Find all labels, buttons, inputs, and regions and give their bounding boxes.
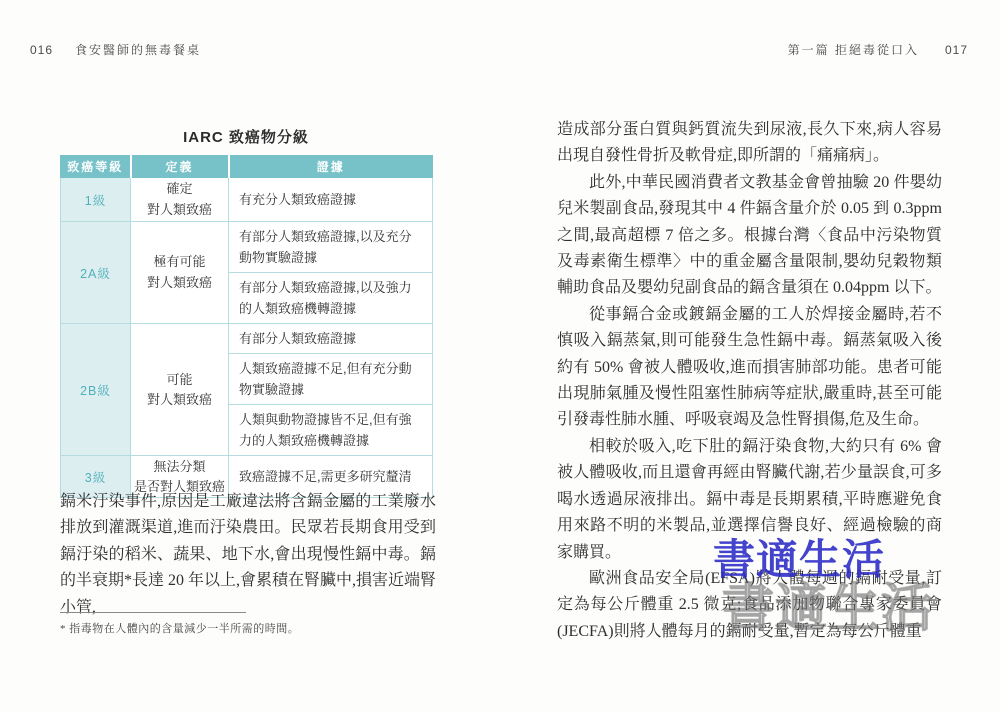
col-header-evidence: 證據 bbox=[229, 156, 433, 178]
grade-2b-definition: 可能 對人類致癌 bbox=[131, 324, 229, 456]
grade-2b-cell: 2B級 bbox=[61, 324, 131, 456]
footnote-divider bbox=[60, 612, 246, 613]
grade-2b-evidence-3: 人類與動物證據皆不足,但有強力的人類致癌機轉證據 bbox=[229, 405, 433, 456]
table-row: 1級 確定 對人類致癌 有充分人類致癌證據 bbox=[61, 178, 433, 222]
grade-1-evidence: 有充分人類致癌證據 bbox=[229, 178, 433, 222]
running-header-right: 第一篇 拒絕毒從口入017 bbox=[788, 41, 968, 58]
grade-2a-evidence-2: 有部分人類致癌證據,以及強力的人類致癌機轉證據 bbox=[229, 273, 433, 324]
grade-2a-evidence-1: 有部分人類致癌證據,以及充分動物實驗證據 bbox=[229, 222, 433, 273]
grade-2a-cell: 2A級 bbox=[61, 222, 131, 324]
section-title-right: 第一篇 拒絕毒從口入 bbox=[788, 43, 919, 57]
running-title-left: 食安醫師的無毒餐桌 bbox=[75, 43, 201, 57]
iarc-classification-table: 致癌等級 定義 證據 1級 確定 對人類致癌 有充分人類致癌證據 2A級 極有可… bbox=[60, 155, 433, 498]
grade-2a-definition: 極有可能 對人類致癌 bbox=[131, 222, 229, 324]
grade-2b-evidence-1: 有部分人類致癌證據 bbox=[229, 324, 433, 354]
footnote-text: * 指毒物在人體內的含量減少一半所需的時間。 bbox=[60, 620, 440, 636]
col-header-grade: 致癌等級 bbox=[61, 156, 131, 178]
watermark-gray-outline: 書適生活 bbox=[722, 566, 934, 641]
grade-1-definition: 確定 對人類致癌 bbox=[131, 178, 229, 222]
table-header-row: 致癌等級 定義 證據 bbox=[61, 156, 433, 178]
table-row: 2B級 可能 對人類致癌 有部分人類致癌證據 bbox=[61, 324, 433, 354]
left-page-paragraph: 鎘米汙染事件,原因是工廠違法將含鎘金屬的工業廢水排放到灌溉渠道,進而汙染農田。民… bbox=[60, 489, 436, 621]
running-header-left: 016食安醫師的無毒餐桌 bbox=[30, 41, 201, 58]
grade-2b-evidence-2: 人類致癌證據不足,但有充分動物實驗證據 bbox=[229, 354, 433, 405]
paragraph: 造成部分蛋白質與鈣質流失到尿液,長久下來,病人容易出現自發性骨折及軟骨症,即所謂… bbox=[557, 117, 942, 170]
table-title: IARC 致癌物分級 bbox=[60, 126, 432, 147]
page-number-left: 016 bbox=[30, 43, 53, 57]
book-spread: { "page_left": { "page_number": "016", "… bbox=[0, 0, 1000, 712]
col-header-definition: 定義 bbox=[131, 156, 229, 178]
paragraph: 從事鎘合金或鍍鎘金屬的工人於焊接金屬時,若不慎吸入鎘蒸氣,則可能發生急性鎘中毒。… bbox=[557, 302, 942, 434]
page-number-right: 017 bbox=[945, 43, 968, 57]
grade-1-cell: 1級 bbox=[61, 178, 131, 222]
paragraph: 此外,中華民國消費者文教基金會曾抽驗 20 件嬰幼兒米製副食品,發現其中 4 件… bbox=[557, 170, 942, 302]
table-row: 2A級 極有可能 對人類致癌 有部分人類致癌證據,以及充分動物實驗證據 bbox=[61, 222, 433, 273]
